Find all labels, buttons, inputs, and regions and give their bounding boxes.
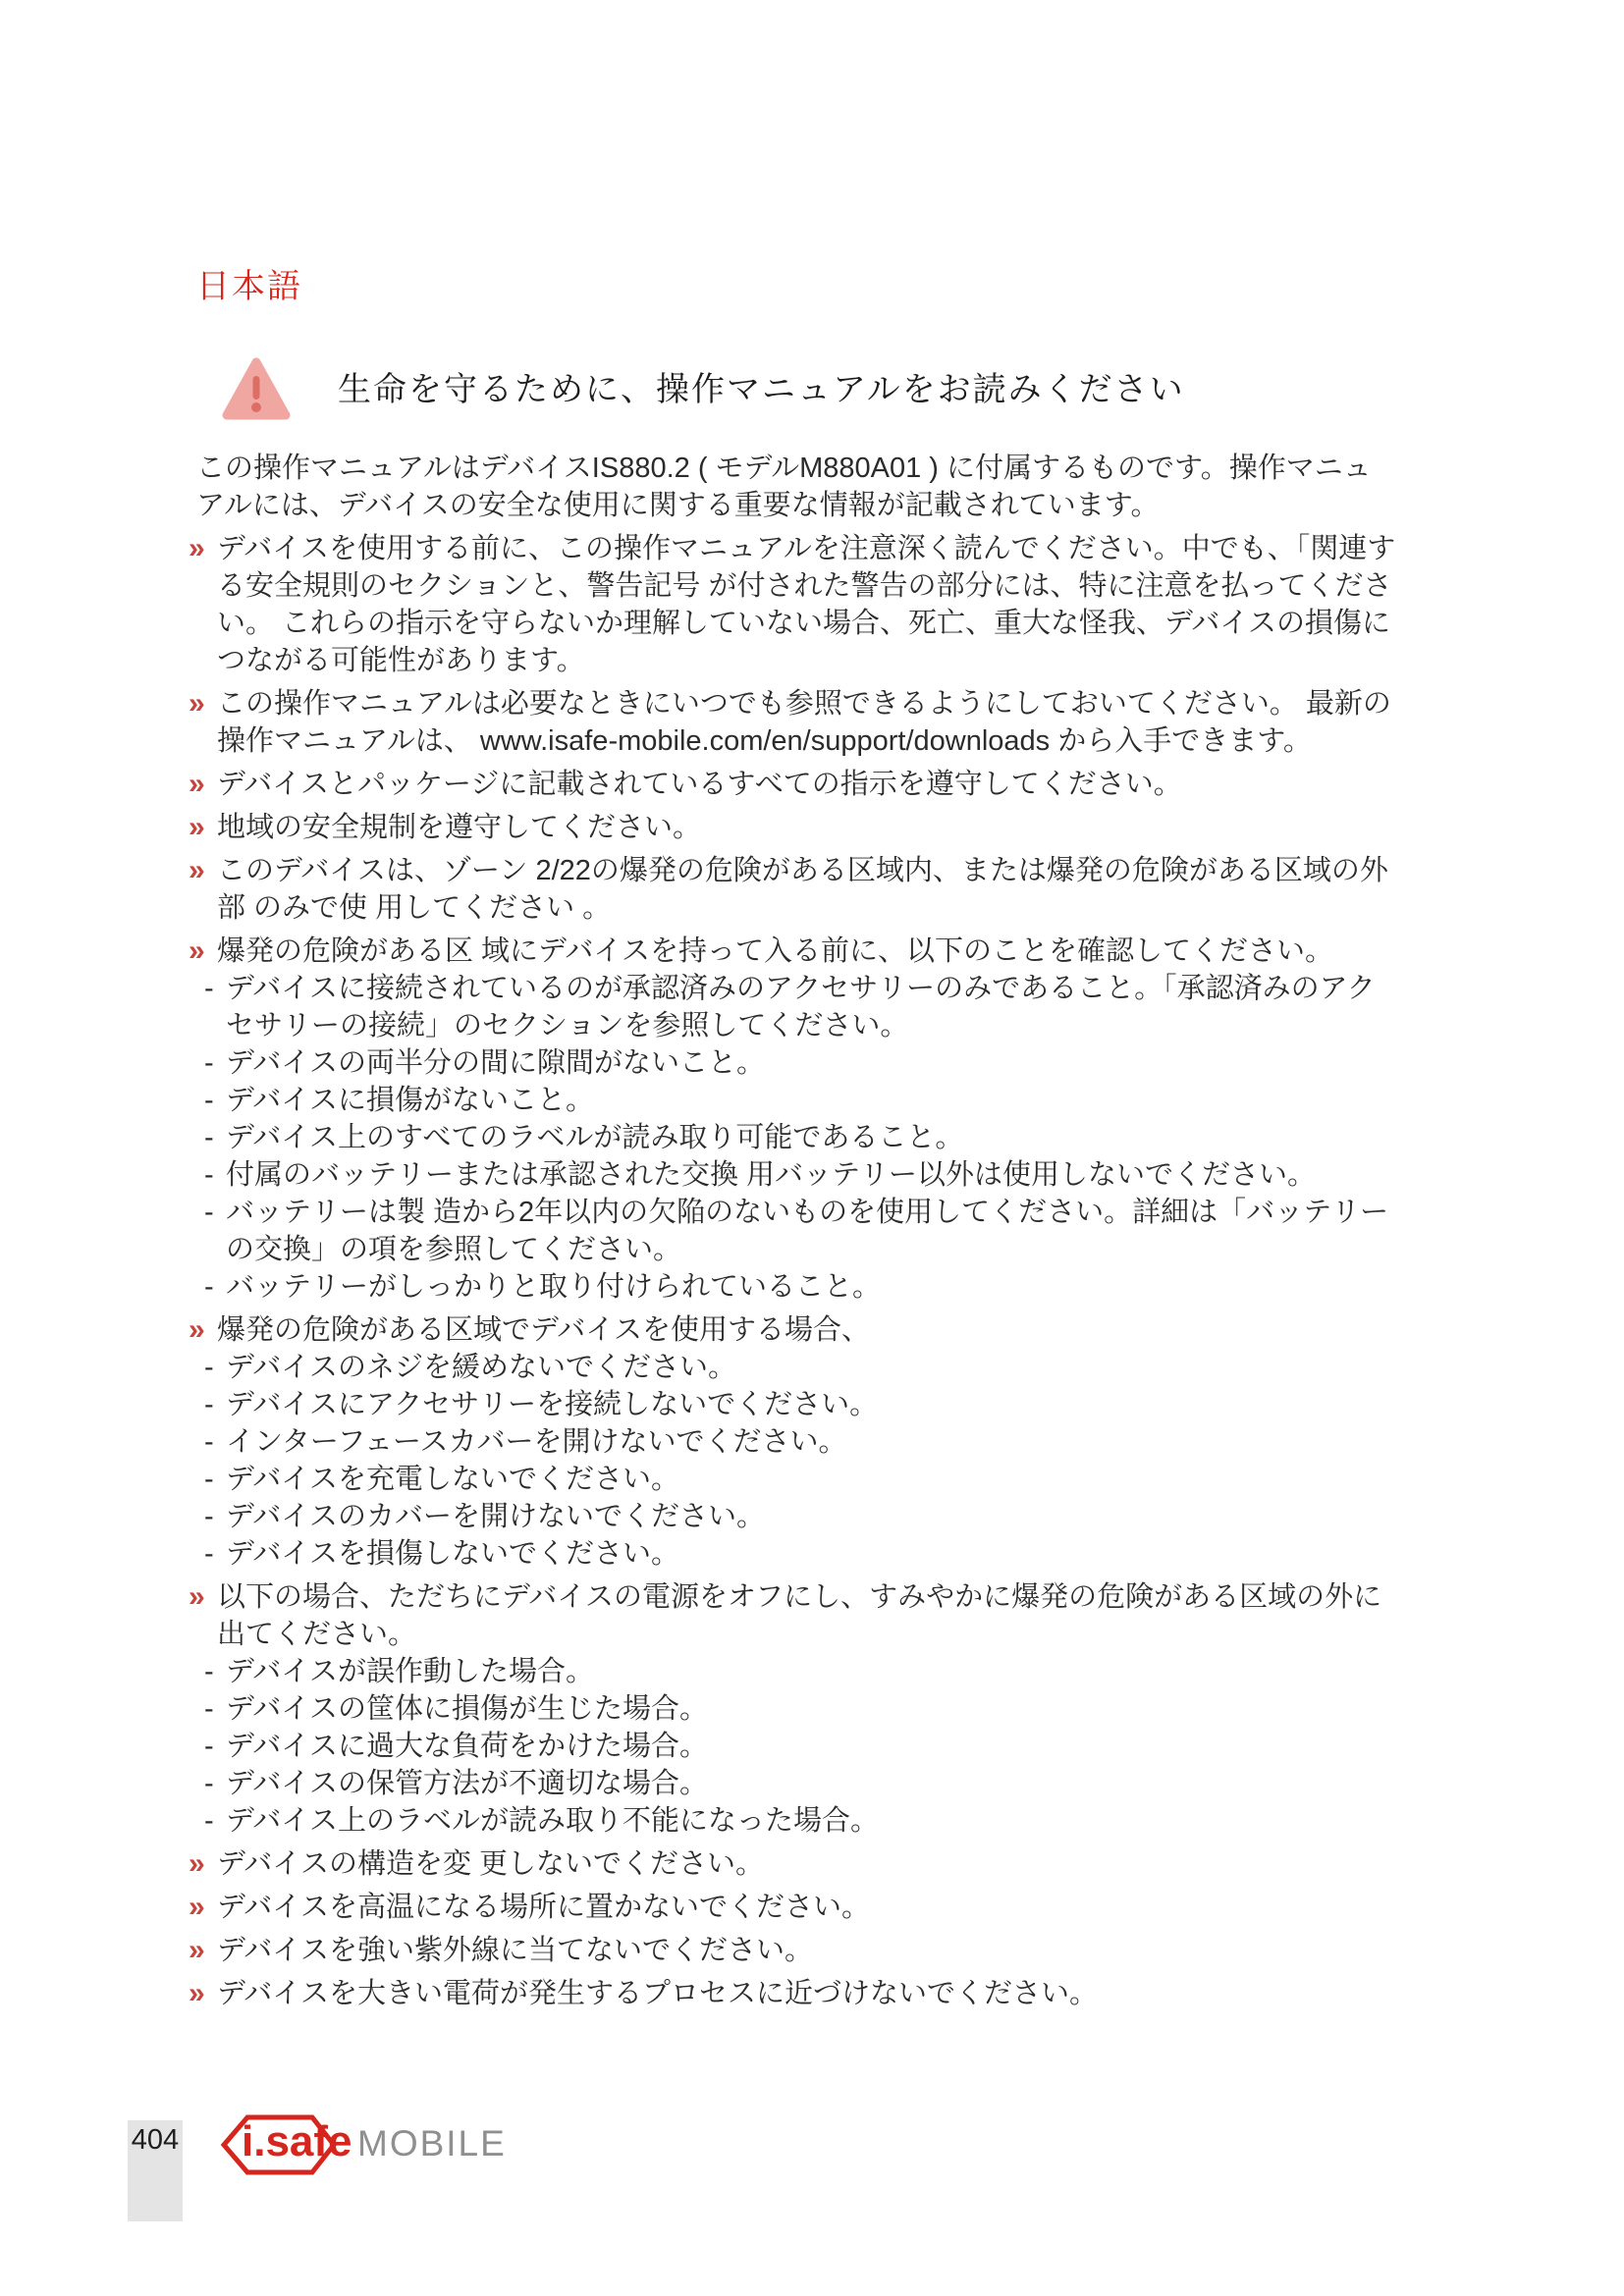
sub-item-text: デバイスにアクセサリーを接続しないでください。 [226,1386,878,1423]
bullet-item: » デバイスを大きい電荷が発生するプロセスに近づけないでください。 [189,1975,1494,2012]
sub-dash-marker: - [204,1498,226,1535]
sub-item: - インターフェースカバーを開けないでください。 [204,1423,1494,1461]
bullet-text: デバイスの構造を変 更しないでください。 [217,1845,764,1883]
sub-dash-marker: - [204,1423,226,1461]
sub-dash-marker: - [204,970,226,1044]
sub-item: - デバイスのネジを緩めないでください。 [204,1349,1494,1386]
sub-item-text: 付属のバッテリーまたは承認された交換 用バッテリー以外は使用しないでください。 [226,1156,1316,1194]
bullet-marker-icon: » [189,530,217,679]
bullet-text: デバイスを使用する前に、この操作マニュアルを注意深く読んでください。中でも、「関… [217,530,1395,679]
warning-triangle-icon [220,353,293,426]
sub-dash-marker: - [204,1194,226,1268]
sub-item: - デバイスのカバーを開けないでください。 [204,1498,1494,1535]
bullet-item: » 以下の場合、ただちにデバイスの電源をオフにし、すみやかに爆発の危険がある区域… [189,1578,1494,1653]
bullet-text: デバイスを大きい電荷が発生するプロセスに近づけないでください。 [217,1975,1098,2012]
bullet-item: » このデバイスは、ゾーン 2/22の爆発の危険がある区域内、または爆発の危険が… [189,852,1494,927]
sub-item: - デバイスに接続されているのが承認済みのアクセサリーのみであること。「承認済み… [204,970,1494,1044]
bullet-text: デバイスを強い紫外線に当てないでください。 [217,1932,813,1969]
bullet-marker-icon: » [189,766,217,803]
bullet-text: 爆発の危険がある区 域にデバイスを持って入る前に、以下のことを確認してください。 [217,933,1333,970]
bullet-marker-icon: » [189,852,217,927]
sub-dash-marker: - [204,1653,226,1690]
bullet-marker-icon: » [189,933,217,970]
warning-title: 生命を守るために、操作マニュアルをお読みください [338,371,1185,408]
manual-page: 日本語 生命を守るために、操作マニュアルをお読みください この操作マニュアルはデ… [0,0,1624,2296]
sub-item: - デバイスに損傷がないこと。 [204,1082,1494,1119]
bullet-marker-icon: » [189,1578,217,1653]
sub-item: - デバイスの両半分の間に隙間がないこと。 [204,1044,1494,1082]
sub-item-text: デバイスに過大な負荷をかけた場合。 [226,1728,708,1765]
sub-item-text: インターフェースカバーを開けないでください。 [226,1423,847,1461]
sub-dash-marker: - [204,1044,226,1082]
sub-dash-marker: - [204,1082,226,1119]
sub-item: - デバイスに過大な負荷をかけた場合。 [204,1728,1494,1765]
sub-dash-marker: - [204,1268,226,1306]
bullet-text: このデバイスは、ゾーン 2/22の爆発の危険がある区域内、または爆発の危険がある… [217,852,1388,927]
bullet-item: » デバイスとパッケージに記載されているすべての指示を遵守してください。 [189,766,1494,803]
bullet-marker-icon: » [189,685,217,760]
bullet-text: デバイスを高温になる場所に置かないでください。 [217,1889,870,1926]
logo-suffix-text: MOBILE [357,2122,507,2165]
sub-item-text: デバイス上のすべてのラベルが読み取り可能であること。 [226,1119,963,1156]
sub-item: - デバイス上のラベルが読み取り不能になった場合。 [204,1802,1494,1840]
sub-item: - デバイスが誤作動した場合。 [204,1653,1494,1690]
page-number: 404 [128,2124,183,2157]
sub-dash-marker: - [204,1386,226,1423]
bullet-text: 爆発の危険がある区域でデバイスを使用する場合、 [217,1311,870,1349]
language-heading: 日本語 [196,265,1494,308]
sub-item-text: デバイスに接続されているのが承認済みのアクセサリーのみであること。「承認済みのア… [226,970,1376,1044]
bullet-item: » デバイスを使用する前に、この操作マニュアルを注意深く読んでください。中でも、… [189,530,1494,679]
bullet-item: » 地域の安全規制を遵守してください。 [189,809,1494,846]
sub-item: - デバイスにアクセサリーを接続しないでください。 [204,1386,1494,1423]
bullet-marker-icon: » [189,1932,217,1969]
bullet-text: この操作マニュアルは必要なときにいつでも参照できるようにしておいてください。 最… [217,685,1391,760]
sub-item: - 付属のバッテリーまたは承認された交換 用バッテリー以外は使用しないでください… [204,1156,1494,1194]
warning-banner: 生命を守るために、操作マニュアルをお読みください [189,353,1494,426]
sub-dash-marker: - [204,1765,226,1802]
page-number-tab: 404 [128,2120,183,2221]
sub-item: - デバイスの保管方法が不適切な場合。 [204,1765,1494,1802]
sub-dash-marker: - [204,1728,226,1765]
sub-item: - バッテリーがしっかりと取り付けられていること。 [204,1268,1494,1306]
bullet-item: » デバイスの構造を変 更しないでください。 [189,1845,1494,1883]
sub-item-text: デバイスの筐体に損傷が生じた場合。 [226,1690,708,1728]
bullet-text: 以下の場合、ただちにデバイスの電源をオフにし、すみやかに爆発の危険がある区域の外… [217,1578,1381,1653]
sub-item-text: バッテリーは製 造から2年以内の欠陥のないものを使用してください。詳細は「バッテ… [226,1194,1388,1268]
sub-dash-marker: - [204,1802,226,1840]
bullet-marker-icon: » [189,809,217,846]
sub-dash-marker: - [204,1535,226,1573]
sub-item: - デバイスの筐体に損傷が生じた場合。 [204,1690,1494,1728]
bullet-marker-icon: » [189,1311,217,1349]
bullet-item: » 爆発の危険がある区 域にデバイスを持って入る前に、以下のことを確認してくださ… [189,933,1494,970]
sub-dash-marker: - [204,1156,226,1194]
sub-dash-marker: - [204,1690,226,1728]
bullet-text: デバイスとパッケージに記載されているすべての指示を遵守してください。 [217,766,1182,803]
logo-brand-text: i.safe [242,2116,352,2167]
page-content: 日本語 生命を守るために、操作マニュアルをお読みください この操作マニュアルはデ… [189,265,1494,2012]
sub-item-text: デバイスを損傷しないでください。 [226,1535,679,1573]
bullet-item: » デバイスを強い紫外線に当てないでください。 [189,1932,1494,1969]
sub-dash-marker: - [204,1119,226,1156]
sub-item-text: デバイスの両半分の間に隙間がないこと。 [226,1044,765,1082]
bullet-marker-icon: » [189,1845,217,1883]
sub-item: - デバイス上のすべてのラベルが読み取り可能であること。 [204,1119,1494,1156]
sub-item-text: デバイスが誤作動した場合。 [226,1653,594,1690]
sub-item-text: バッテリーがしっかりと取り付けられていること。 [226,1268,881,1306]
sub-item-text: デバイスを充電しないでください。 [226,1461,679,1498]
bullet-item: » デバイスを高温になる場所に置かないでください。 [189,1889,1494,1926]
sub-item: - デバイスを損傷しないでください。 [204,1535,1494,1573]
sub-item-text: デバイスのカバーを開けないでください。 [226,1498,765,1535]
sub-item-text: デバイスに損傷がないこと。 [226,1082,594,1119]
bullet-item: » この操作マニュアルは必要なときにいつでも参照できるようにしておいてください。… [189,685,1494,760]
sub-item-text: デバイスの保管方法が不適切な場合。 [226,1765,708,1802]
sub-item: - デバイスを充電しないでください。 [204,1461,1494,1498]
bullet-marker-icon: » [189,1889,217,1926]
bullet-item: » 爆発の危険がある区域でデバイスを使用する場合、 [189,1311,1494,1349]
sub-item: - バッテリーは製 造から2年以内の欠陥のないものを使用してください。詳細は「バ… [204,1194,1494,1268]
bullet-marker-icon: » [189,1975,217,2012]
isafe-mobile-logo: i.safe MOBILE [218,2109,679,2181]
bullet-text: 地域の安全規制を遵守してください。 [217,809,701,846]
sub-dash-marker: - [204,1349,226,1386]
intro-paragraph: この操作マニュアルはデバイスIS880.2 ( モデルM880A01 ) に付属… [196,450,1494,524]
sub-item-text: デバイスのネジを緩めないでください。 [226,1349,736,1386]
sub-dash-marker: - [204,1461,226,1498]
sub-item-text: デバイス上のラベルが読み取り不能になった場合。 [226,1802,879,1840]
